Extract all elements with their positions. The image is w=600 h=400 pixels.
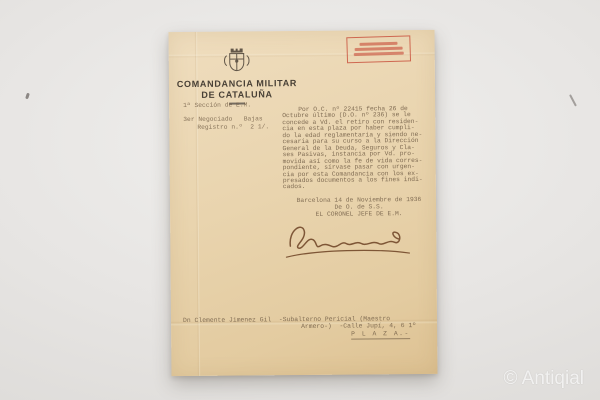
addressee-plaza: P L A Z A.- bbox=[351, 330, 410, 339]
registro-label: Registro n.º bbox=[197, 124, 242, 131]
org-name-line2: DE CATALUÑA bbox=[173, 89, 301, 101]
stamp-text-line bbox=[354, 52, 404, 56]
stamp-text-line bbox=[355, 47, 403, 51]
coat-of-arms-icon bbox=[220, 45, 254, 75]
registry-stamp bbox=[346, 35, 411, 63]
stamp-text-line bbox=[359, 42, 398, 46]
negociado-label: 3er Negociado bbox=[183, 116, 232, 123]
negociado-line: 3er Negociado Bajas bbox=[183, 115, 269, 123]
letter-body: Por O.C. nº 22415 fecha 26 de Octubre úl… bbox=[282, 106, 435, 191]
negociado-value: Bajas bbox=[244, 115, 263, 122]
registro-line: Registro n.º 2 1/. bbox=[183, 123, 269, 131]
registro-value: 2 1/. bbox=[250, 123, 269, 130]
admin-block: 1ª Sección de E.M. 3er Negociado Bajas R… bbox=[183, 101, 269, 131]
body-line: cados. bbox=[283, 183, 435, 191]
addressee-block: Dn Clemente Jimenez Gil -Subalterno Peri… bbox=[183, 315, 431, 341]
letterhead: COMANDANCIA MILITAR DE CATALUÑA bbox=[173, 45, 302, 106]
org-name-line1: COMANDANCIA MILITAR bbox=[173, 78, 301, 90]
document-page: COMANDANCIA MILITAR DE CATALUÑA 1ª Secci… bbox=[169, 30, 438, 376]
watermark: © Antiqial bbox=[503, 368, 584, 390]
section-line: 1ª Sección de E.M. bbox=[183, 101, 269, 109]
handwritten-signature bbox=[278, 215, 418, 266]
